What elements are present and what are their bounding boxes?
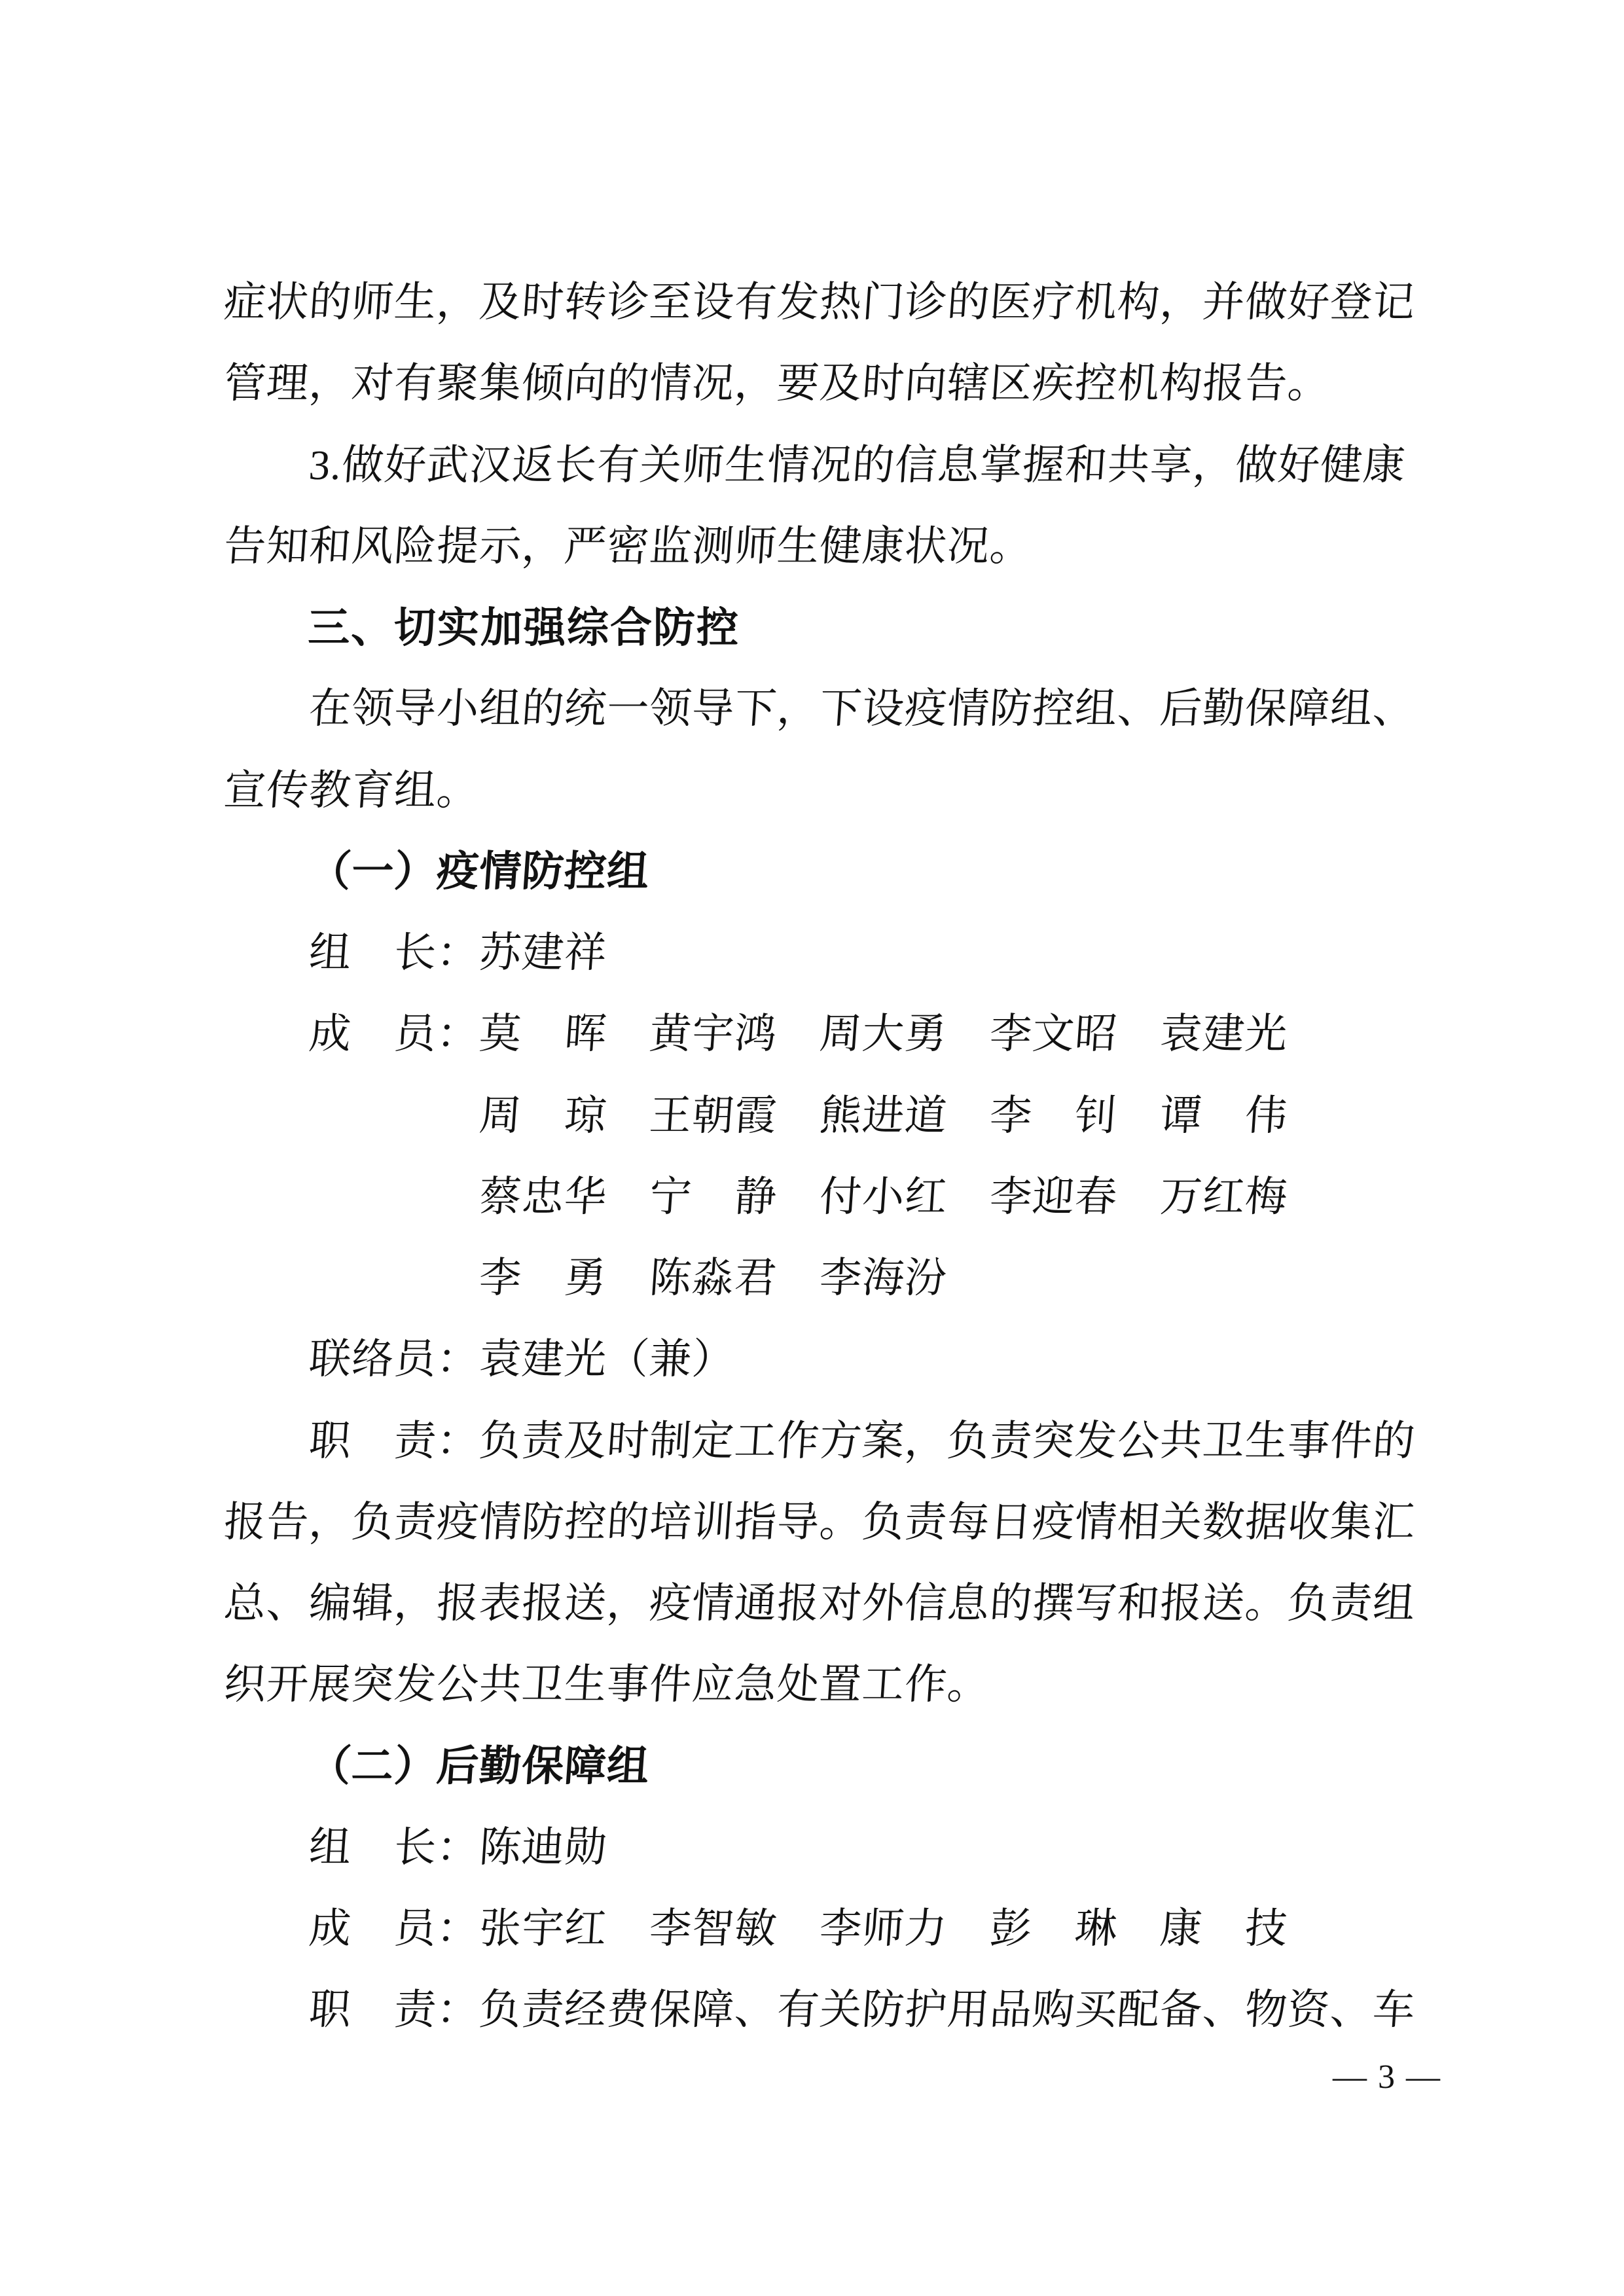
group-members-line: 蔡忠华 宁 静 付小红 李迎春 万红梅 [478,1176,1289,1218]
subsection-heading: （一）疫情防控组 [308,851,651,893]
duty-line: 职 责：负责及时制定工作方案，负责突发公共卫生事件的 [308,1420,1416,1462]
text-line: 3.做好武汉返长有关师生情况的信息掌握和共享，做好健康 [308,444,1407,486]
group-members-line: 成 员：张宇红 李智敏 李师力 彭 琳 康 技 [308,1908,1289,1950]
text-line: 在领导小组的统一领导下，下设疫情防控组、后勤保障组、 [308,688,1416,730]
page-number: — 3 — [1333,2060,1441,2094]
group-leader-line: 组 长：苏建祥 [308,932,608,974]
duty-line: 职 责：负责经费保障、有关防护用品购买配备、物资、车 [308,1989,1416,2031]
group-leader-line: 组 长：陈迪勋 [308,1827,608,1869]
group-members-line: 成 员：莫 晖 黄宇鸿 周大勇 李文昭 袁建光 [308,1013,1289,1055]
text-line: 宣传教育组。 [223,770,480,812]
group-members-line: 李 勇 陈淼君 李海汾 [478,1257,948,1299]
text-line: 织开展突发公共卫生事件应急处置工作。 [223,1664,991,1706]
text-line: 告知和风险提示，严密监测师生健康状况。 [223,526,1034,567]
subsection-heading: （二）后勤保障组 [308,1746,651,1787]
text-line: 症状的师生，及时转诊至设有发热门诊的医疗机构，并做好登记 [223,281,1416,323]
group-members-line: 周 琼 王朝霞 熊进道 李 钊 谭 伟 [478,1095,1289,1137]
text-line: 报告，负责疫情防控的培训指导。负责每日疫情相关数据收集汇 [223,1501,1416,1543]
document-page: 症状的师生，及时转诊至设有发热门诊的医疗机构，并做好登记 管理，对有聚集倾向的情… [0,0,1624,2296]
liaison-line: 联络员：袁建光（兼） [308,1338,736,1380]
section-heading: 三、切实加强综合防控 [308,607,740,649]
text-line: 总、编辑，报表报送，疫情通报对外信息的撰写和报送。负责组 [223,1583,1416,1624]
text-line: 管理，对有聚集倾向的情况，要及时向辖区疾控机构报告。 [223,363,1331,404]
